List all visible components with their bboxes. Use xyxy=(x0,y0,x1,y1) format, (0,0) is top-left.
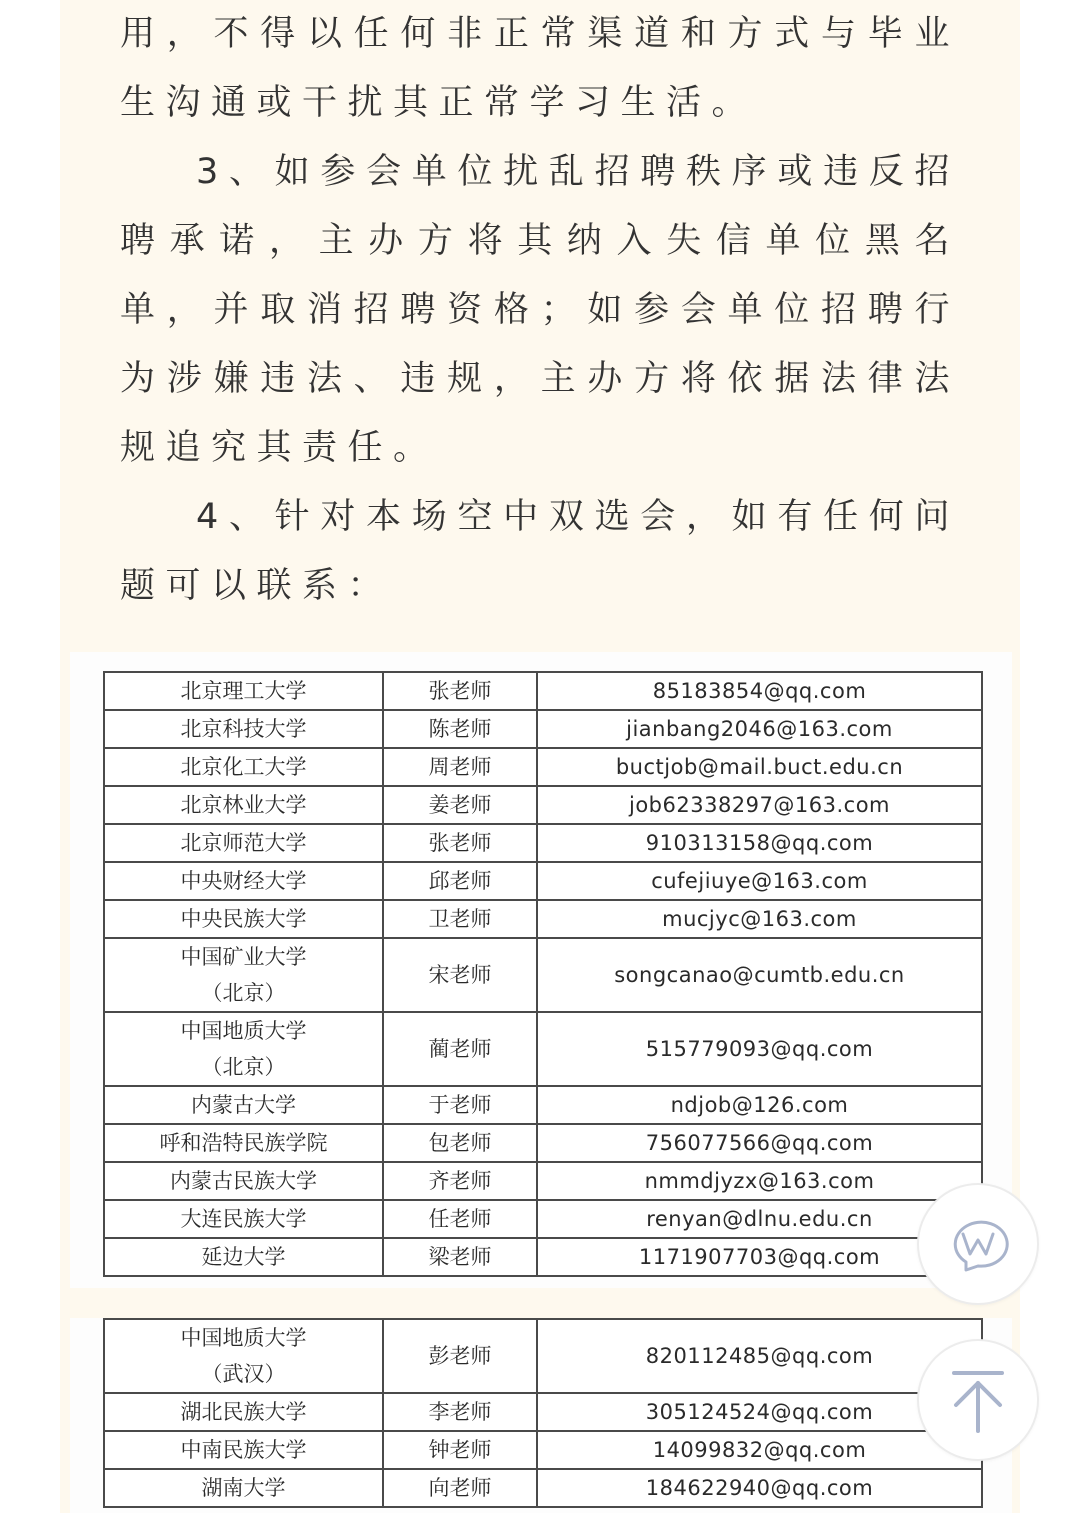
contacts-table-1: 北京理工大学张老师85183854@qq.com北京科技大学陈老师jianban… xyxy=(103,671,983,1277)
table-row: 中南民族大学钟老师14099832@qq.com xyxy=(104,1431,982,1469)
email-cell: 515779093@qq.com xyxy=(537,1012,982,1086)
table-row: 中国矿业大学（北京）宋老师songcanao@cumtb.edu.cn xyxy=(104,938,982,1012)
back-to-top-button[interactable] xyxy=(917,1339,1039,1461)
teacher-cell: 任老师 xyxy=(383,1200,537,1238)
school-cell: 中国地质大学（武汉） xyxy=(104,1319,383,1393)
school-name: 中国地质大学 xyxy=(105,1013,382,1049)
email-cell: 820112485@qq.com xyxy=(537,1319,982,1393)
school-cell: 中央民族大学 xyxy=(104,900,383,938)
chat-bubble-w-icon xyxy=(946,1212,1010,1276)
teacher-cell: 卫老师 xyxy=(383,900,537,938)
table-row: 呼和浩特民族学院包老师756077566@qq.com xyxy=(104,1124,982,1162)
teacher-cell: 陈老师 xyxy=(383,710,537,748)
school-name: 内蒙古民族大学 xyxy=(105,1163,382,1199)
teacher-cell: 齐老师 xyxy=(383,1162,537,1200)
table-row: 内蒙古大学于老师ndjob@126.com xyxy=(104,1086,982,1124)
school-name: 北京理工大学 xyxy=(105,673,382,709)
table-row: 北京理工大学张老师85183854@qq.com xyxy=(104,672,982,710)
arrow-up-to-top-icon xyxy=(946,1365,1010,1435)
teacher-cell: 邱老师 xyxy=(383,862,537,900)
school-cell: 大连民族大学 xyxy=(104,1200,383,1238)
school-cell: 中国矿业大学（北京） xyxy=(104,938,383,1012)
table-row: 中国地质大学（武汉）彭老师820112485@qq.com xyxy=(104,1319,982,1393)
email-cell: ndjob@126.com xyxy=(537,1086,982,1124)
school-cell: 湖北民族大学 xyxy=(104,1393,383,1431)
school-name: 北京师范大学 xyxy=(105,825,382,861)
paragraph-1: 用，不得以任何非正常渠道和方式与毕业生沟通或干扰其正常学习生活。 xyxy=(120,0,960,138)
table-row: 湖北民族大学李老师305124524@qq.com xyxy=(104,1393,982,1431)
table-row: 湖南大学向老师184622940@qq.com xyxy=(104,1469,982,1507)
teacher-cell: 彭老师 xyxy=(383,1319,537,1393)
school-campus: （北京） xyxy=(105,1049,382,1085)
email-cell: jianbang2046@163.com xyxy=(537,710,982,748)
school-campus: （武汉） xyxy=(105,1356,382,1392)
teacher-cell: 张老师 xyxy=(383,824,537,862)
email-cell: buctjob@mail.buct.edu.cn xyxy=(537,748,982,786)
school-cell: 内蒙古大学 xyxy=(104,1086,383,1124)
table-row: 中央财经大学邱老师cufejiuye@163.com xyxy=(104,862,982,900)
email-cell: renyan@dlnu.edu.cn xyxy=(537,1200,982,1238)
paragraph-3: 4、针对本场空中双选会，如有任何问题可以联系： xyxy=(120,483,960,621)
email-cell: mucjyc@163.com xyxy=(537,900,982,938)
school-name: 中国矿业大学 xyxy=(105,939,382,975)
table-row: 中国地质大学（北京）蔺老师515779093@qq.com xyxy=(104,1012,982,1086)
email-cell: 184622940@qq.com xyxy=(537,1469,982,1507)
school-cell: 北京化工大学 xyxy=(104,748,383,786)
school-cell: 北京科技大学 xyxy=(104,710,383,748)
school-cell: 内蒙古民族大学 xyxy=(104,1162,383,1200)
school-cell: 北京理工大学 xyxy=(104,672,383,710)
school-cell: 中南民族大学 xyxy=(104,1431,383,1469)
table-row: 北京林业大学姜老师job62338297@163.com xyxy=(104,786,982,824)
teacher-cell: 张老师 xyxy=(383,672,537,710)
email-cell: 14099832@qq.com xyxy=(537,1431,982,1469)
teacher-cell: 周老师 xyxy=(383,748,537,786)
teacher-cell: 姜老师 xyxy=(383,786,537,824)
table-row: 北京师范大学张老师910313158@qq.com xyxy=(104,824,982,862)
school-cell: 中国地质大学（北京） xyxy=(104,1012,383,1086)
teacher-cell: 钟老师 xyxy=(383,1431,537,1469)
table-row: 北京科技大学陈老师jianbang2046@163.com xyxy=(104,710,982,748)
school-name: 湖南大学 xyxy=(105,1470,382,1506)
teacher-cell: 蔺老师 xyxy=(383,1012,537,1086)
school-name: 中央财经大学 xyxy=(105,863,382,899)
email-cell: nmmdjyzx@163.com xyxy=(537,1162,982,1200)
teacher-cell: 梁老师 xyxy=(383,1238,537,1276)
school-name: 内蒙古大学 xyxy=(105,1087,382,1123)
table-row: 延边大学梁老师1171907703@qq.com xyxy=(104,1238,982,1276)
school-name: 呼和浩特民族学院 xyxy=(105,1125,382,1161)
school-name: 中南民族大学 xyxy=(105,1432,382,1468)
teacher-cell: 宋老师 xyxy=(383,938,537,1012)
school-name: 北京林业大学 xyxy=(105,787,382,823)
contacts-table-2: 中国地质大学（武汉）彭老师820112485@qq.com湖北民族大学李老师30… xyxy=(103,1318,983,1508)
school-name: 北京科技大学 xyxy=(105,711,382,747)
table-row: 中央民族大学卫老师mucjyc@163.com xyxy=(104,900,982,938)
email-cell: songcanao@cumtb.edu.cn xyxy=(537,938,982,1012)
comment-button[interactable] xyxy=(917,1183,1039,1305)
school-campus: （北京） xyxy=(105,975,382,1011)
table-row: 内蒙古民族大学齐老师nmmdjyzx@163.com xyxy=(104,1162,982,1200)
email-cell: 305124524@qq.com xyxy=(537,1393,982,1431)
school-cell: 北京林业大学 xyxy=(104,786,383,824)
school-cell: 延边大学 xyxy=(104,1238,383,1276)
school-cell: 北京师范大学 xyxy=(104,824,383,862)
teacher-cell: 于老师 xyxy=(383,1086,537,1124)
email-cell: 910313158@qq.com xyxy=(537,824,982,862)
email-cell: cufejiuye@163.com xyxy=(537,862,982,900)
school-name: 中央民族大学 xyxy=(105,901,382,937)
table-row: 大连民族大学任老师renyan@dlnu.edu.cn xyxy=(104,1200,982,1238)
school-cell: 中央财经大学 xyxy=(104,862,383,900)
school-name: 中国地质大学 xyxy=(105,1320,382,1356)
school-name: 延边大学 xyxy=(105,1239,382,1275)
school-name: 湖北民族大学 xyxy=(105,1394,382,1430)
contacts-table-image-1: 北京理工大学张老师85183854@qq.com北京科技大学陈老师jianban… xyxy=(70,652,1012,1288)
school-cell: 湖南大学 xyxy=(104,1469,383,1507)
teacher-cell: 向老师 xyxy=(383,1469,537,1507)
teacher-cell: 李老师 xyxy=(383,1393,537,1431)
school-name: 北京化工大学 xyxy=(105,749,382,785)
email-cell: 1171907703@qq.com xyxy=(537,1238,982,1276)
school-name: 大连民族大学 xyxy=(105,1201,382,1237)
email-cell: job62338297@163.com xyxy=(537,786,982,824)
email-cell: 85183854@qq.com xyxy=(537,672,982,710)
teacher-cell: 包老师 xyxy=(383,1124,537,1162)
email-cell: 756077566@qq.com xyxy=(537,1124,982,1162)
school-cell: 呼和浩特民族学院 xyxy=(104,1124,383,1162)
paragraph-2: 3、如参会单位扰乱招聘秩序或违反招聘承诺，主办方将其纳入失信单位黑名单，并取消招… xyxy=(120,138,960,483)
contacts-table-image-2: 中国地质大学（武汉）彭老师820112485@qq.com湖北民族大学李老师30… xyxy=(70,1318,1012,1513)
table-row: 北京化工大学周老师buctjob@mail.buct.edu.cn xyxy=(104,748,982,786)
